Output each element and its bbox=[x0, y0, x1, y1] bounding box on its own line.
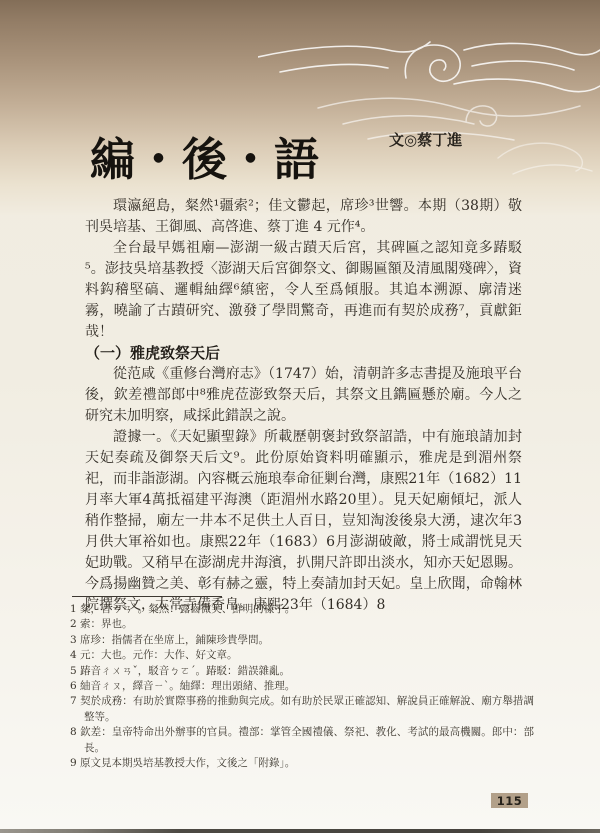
footnote-separator bbox=[72, 596, 222, 597]
paragraph: 從范咸《重修台灣府志》（1747）始，清朝許多志書提及施琅平台後，欽差禮部郎中⁸… bbox=[85, 364, 522, 427]
magazine-page: 編・後・語 文◎蔡丁進 環瀛絕島，粲然¹疆索²；佳文鬱起，席珍³世響。本期（38… bbox=[0, 0, 600, 833]
section-heading: （一）雅虎致祭天后 bbox=[85, 343, 522, 364]
article-body: 環瀛絕島，粲然¹疆索²；佳文鬱起，席珍³世響。本期（38期）敬刊吳培基、王御風、… bbox=[85, 196, 522, 616]
footnote: 8 欽差：皇帝特命出外辦事的官員。禮部：掌管全國禮儀、祭祀、教化、考試的最高機關… bbox=[70, 725, 534, 756]
footnote: 2 索：界也。 bbox=[70, 617, 534, 632]
footnote: 3 席珍：指儒者在坐席上，鋪陳珍貴學問。 bbox=[70, 633, 534, 648]
paragraph: 環瀛絕島，粲然¹疆索²；佳文鬱起，席珍³世響。本期（38期）敬刊吳培基、王御風、… bbox=[85, 196, 522, 238]
page-number: 115 bbox=[497, 794, 523, 808]
footnote: 1 粲，音ㄘㄢˋ。粲然：露齒微笑、鮮明的樣子。 bbox=[70, 602, 534, 617]
paragraph: 全台最早媽祖廟—澎湖一級古蹟天后宮，其碑匾之認知竟多踳駁⁵。澎技吳培基教授〈澎湖… bbox=[85, 238, 522, 343]
footnote: 4 元：大也。元作：大作、好文章。 bbox=[70, 648, 534, 663]
header-banner: 編・後・語 文◎蔡丁進 bbox=[0, 0, 600, 215]
footnote: 6 紬音ㄔㄡ，繹音ㄧˋ。紬繹：理出頭緒、推理。 bbox=[70, 679, 534, 694]
footnotes-block: 1 粲，音ㄘㄢˋ。粲然：露齒微笑、鮮明的樣子。 2 索：界也。 3 席珍：指儒者… bbox=[70, 602, 534, 771]
footnote: 5 踳音ㄔㄨㄢˇ，駁音ㄅㄛˊ。踳駁：錯誤雜亂。 bbox=[70, 664, 534, 679]
page-number-badge: 115 bbox=[491, 793, 528, 808]
footnote: 7 契於成務：有助於實際事務的推動與完成。如有助於民眾正確認知、解說員正確解說、… bbox=[70, 694, 534, 725]
author-byline: 文◎蔡丁進 bbox=[389, 129, 462, 150]
page-title: 編・後・語 bbox=[90, 133, 320, 187]
scan-edge-strip bbox=[0, 829, 600, 833]
paragraph: 證據一。《天妃顯聖錄》所載歷朝褒封致祭詔誥，中有施琅請加封天妃奏疏及御祭天后文⁹… bbox=[85, 427, 522, 616]
footnote: 9 原文見本期吳培基教授大作，文後之「附錄」。 bbox=[70, 756, 534, 771]
